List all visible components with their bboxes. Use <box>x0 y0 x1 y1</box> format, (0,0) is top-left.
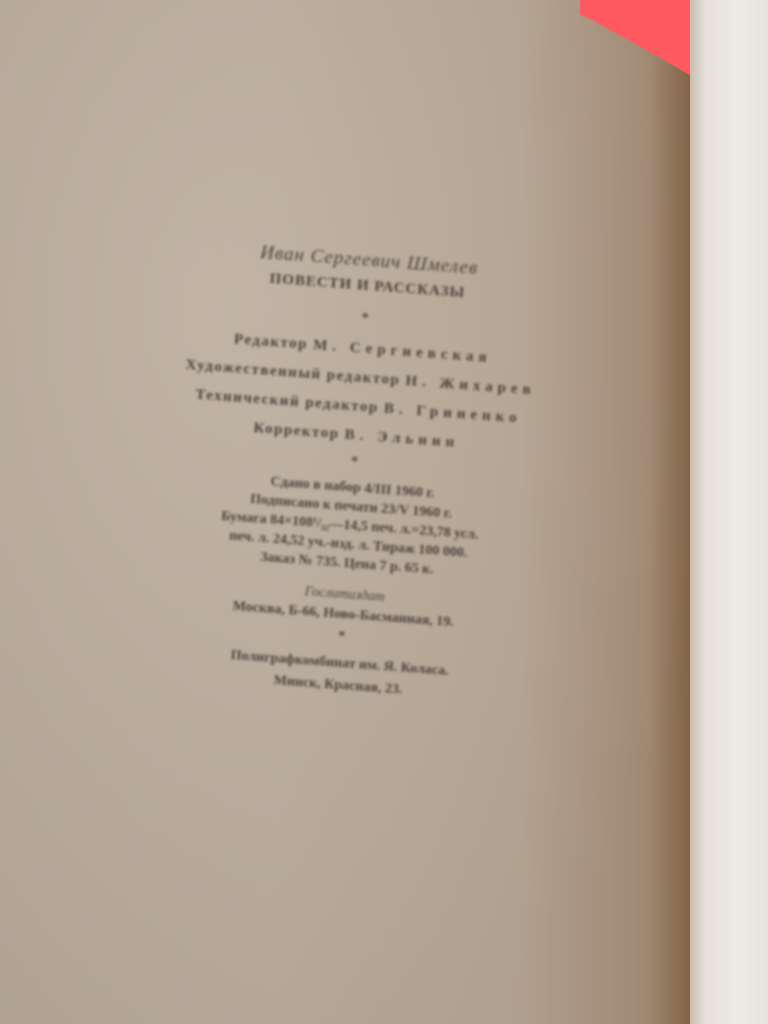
colophon: Иван Сергеевич Шмелев ПОВЕСТИ И РАССКАЗЫ… <box>108 233 600 713</box>
facing-page-edge <box>690 0 768 1024</box>
